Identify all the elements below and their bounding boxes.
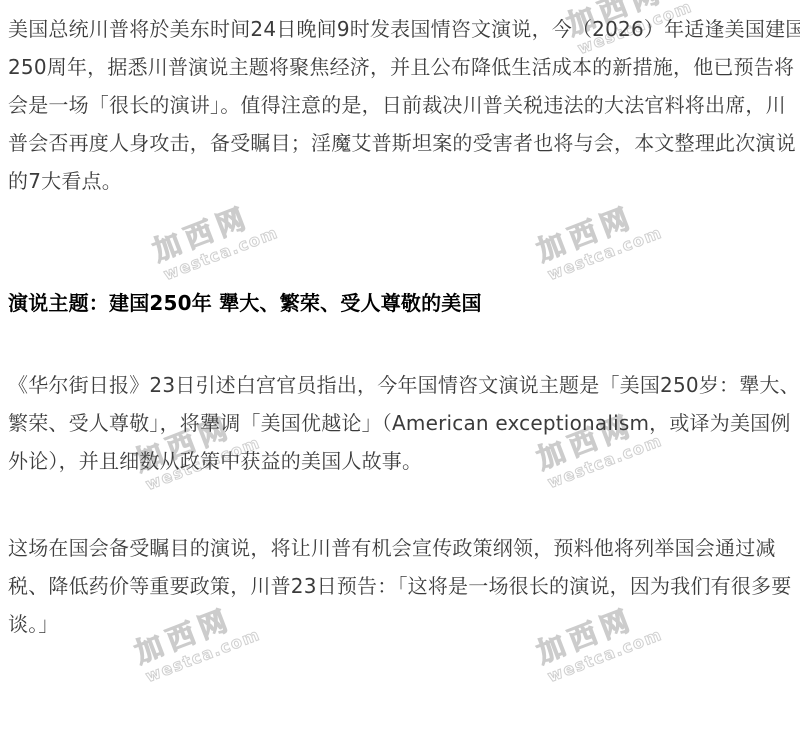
article-body: 美国总统川普将於美东时间24日晚间9时发表国情咨文演说，今（2026）年适逢美国… (0, 0, 800, 643)
article-page: { "page": { "background": "#ffffff", "bo… (0, 0, 800, 736)
text-line: 繁荣、受人尊敬」，将犟调「美国优越论」（American exceptional… (8, 404, 792, 442)
section-heading: 演说主题：建国250年 犟大、繁荣、受人尊敬的美国 (8, 284, 792, 322)
text-line: 演说主题：建国250年 犟大、繁荣、受人尊敬的美国 (8, 284, 792, 322)
text-line: 普会否再度人身攻击，备受瞩目；淫魔艾普斯坦案的受害者也将与会，本文整理此次演说 (8, 124, 792, 162)
text-line: 这场在国会备受瞩目的演说，将让川普有机会宣传政策纲领，预料他将列举国会通过减 (8, 529, 792, 567)
text-line: 税、降低药价等重要政策，川普23日预告：「这将是一场很长的演说，因为我们有很多要 (8, 567, 792, 605)
text-line: 谈。」 (8, 605, 792, 643)
text-line: 250周年，据悉川普演说主题将聚焦经济，并且公布降低生活成本的新措施，他已预告将 (8, 48, 792, 86)
text-line: 的7大看点。 (8, 162, 792, 200)
article-paragraph: 这场在国会备受瞩目的演说，将让川普有机会宣传政策纲领，预料他将列举国会通过减税、… (8, 529, 792, 643)
text-line: 《华尔街日报》23日引述白宫官员指出，今年国情咨文演说主题是「美国250岁：犟大… (8, 366, 792, 404)
article-paragraph: 美国总统川普将於美东时间24日晚间9时发表国情咨文演说，今（2026）年适逢美国… (8, 10, 792, 200)
text-line: 外论），并且细数从政策中获益的美国人故事。 (8, 442, 792, 480)
article-paragraph: 《华尔街日报》23日引述白宫官员指出，今年国情咨文演说主题是「美国250岁：犟大… (8, 366, 792, 480)
text-line: 会是一场「很长的演讲」。值得注意的是，日前裁决川普关税违法的大法官料将出席，川 (8, 86, 792, 124)
text-line: 美国总统川普将於美东时间24日晚间9时发表国情咨文演说，今（2026）年适逢美国… (8, 10, 792, 48)
